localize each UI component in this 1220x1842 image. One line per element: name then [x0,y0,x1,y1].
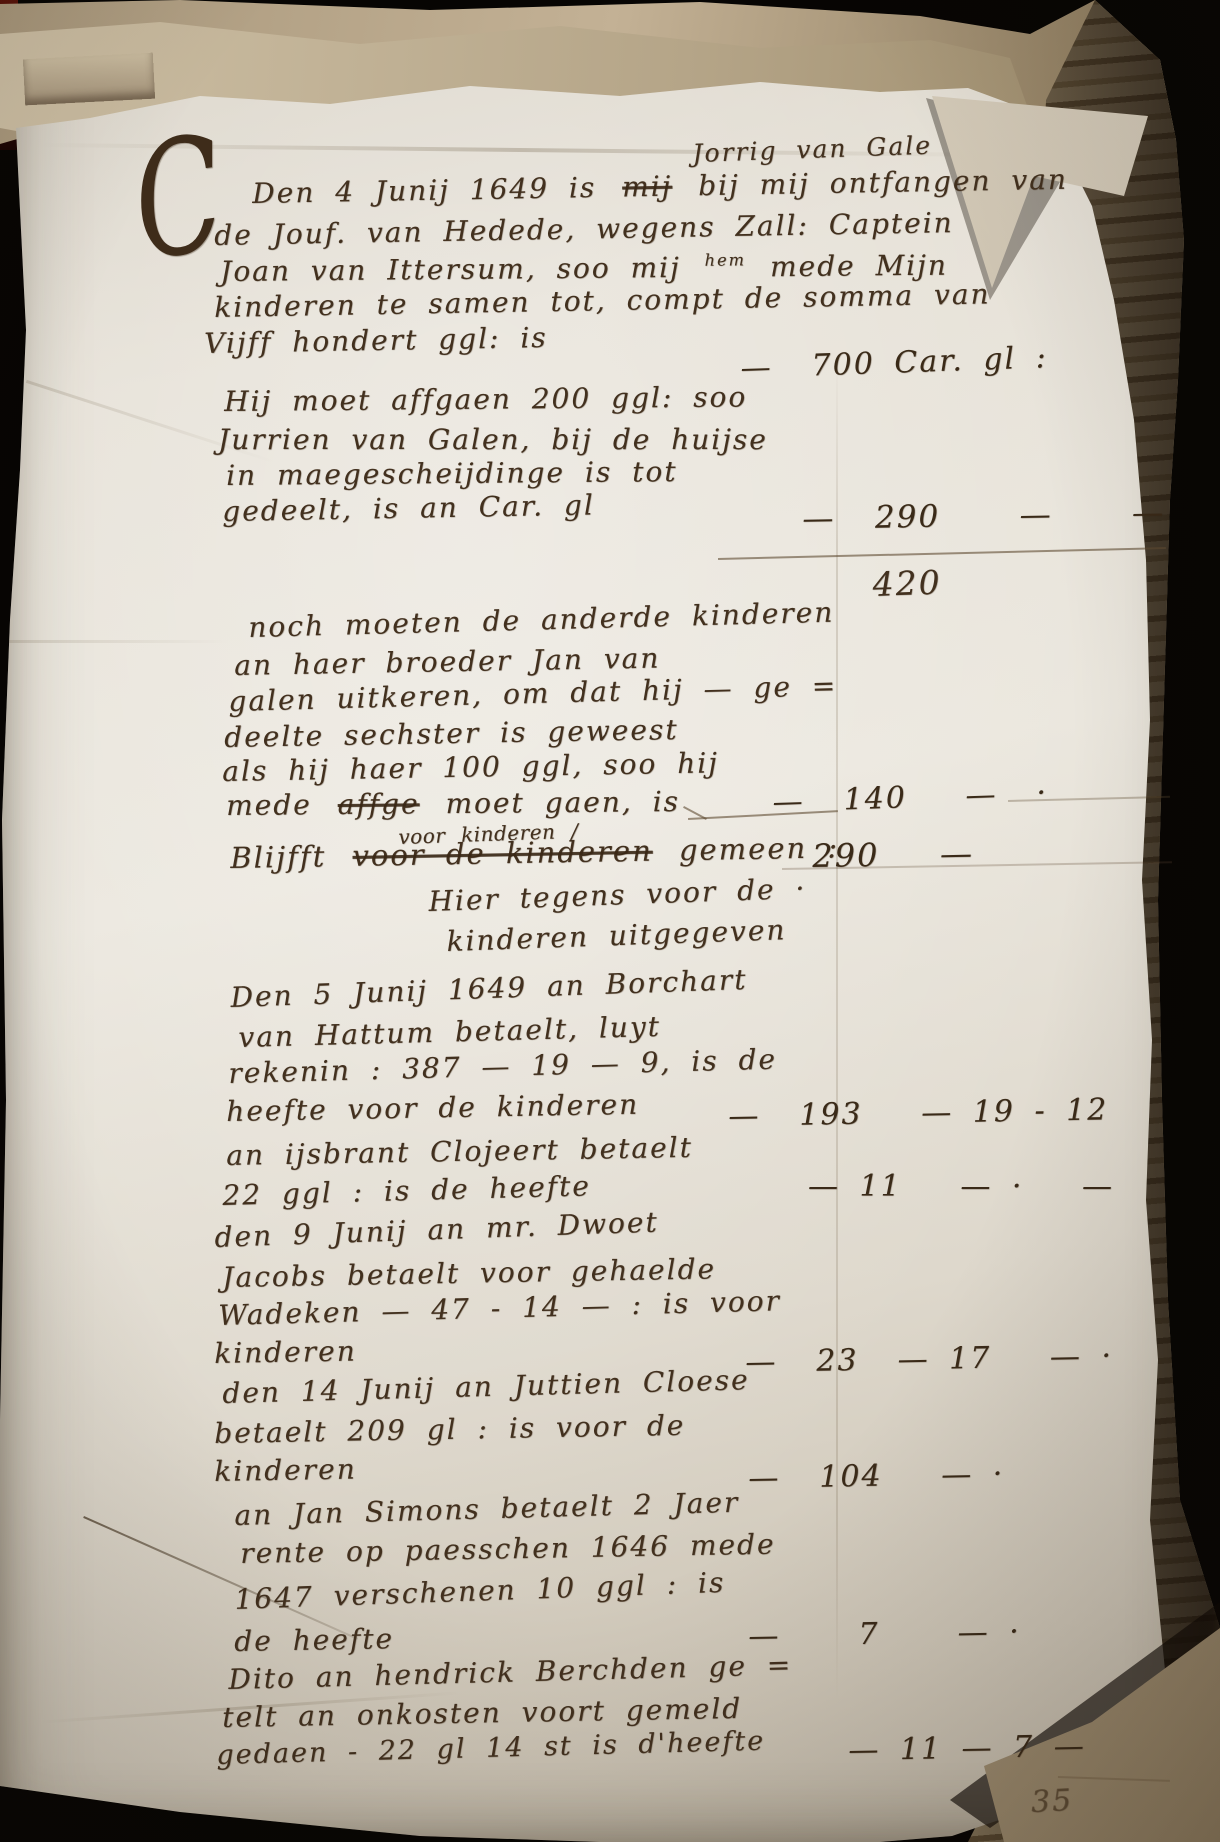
manuscript-line: Den 4 Junij 1649 is mij bij mij ontfange… [252,163,1088,210]
manuscript-line: Den 5 Junij 1649 an Borchart [230,964,748,1014]
amount-value: 290 — [812,835,974,875]
struck-word: affge [338,787,420,821]
manuscript-line: den 14 Junij an Juttien Cloese [222,1364,750,1410]
manuscript-line: als hij haer 100 ggl, soo hij [222,747,719,788]
line-fragment: moet gaen, is [445,785,680,820]
partial-number: 35 [1030,1784,1074,1821]
amount-value: — 23 — 17 — · [745,1340,1113,1381]
line-fragment: Joan van Ittersum, soo mij [220,251,681,288]
line-fragment: Blijfft [230,839,327,875]
manuscript-line: noch moeten de anderde kinderen [248,597,835,645]
section-heading: kinderen uitgegeven [446,914,787,958]
manuscript-line: an ijsbrant Clojeert betaelt [226,1132,693,1172]
manuscript-line: den 9 Junij an mr. Dwoet [214,1206,659,1254]
amount-value: — 193 — 19 - 12 [728,1093,1109,1134]
section-heading: Hier tegens voor de · [428,873,807,918]
line-fragment: bij mij ontfangen van [698,163,1068,202]
manuscript-line: de Jouf. van Hedede, wegens Zall: Captei… [214,207,954,252]
manuscript-line: gedeelt, is an Car. gl [222,489,595,528]
manuscript-line: 22 ggl : is de heefte [222,1170,591,1212]
manuscript-line: heefte voor de kinderen [226,1089,639,1128]
manuscript-line: mede affge moet gaen, is [226,786,700,822]
amount-value: — 140 — · [772,776,1049,820]
manuscript-line: an Jan Simons betaelt 2 Jaer [234,1487,740,1532]
struck-word: voor de kinderen [352,834,653,873]
manuscript-line: rente op paesschen 1646 mede [240,1529,776,1571]
struck-word: mij [622,170,673,204]
page-heading: Jorrig van Gale [692,132,933,169]
manuscript-line: in maegescheijdinge is tot [226,456,678,492]
amount-value: — 11 — · — [808,1170,1114,1205]
manuscript-line: kinderen [214,1336,357,1371]
amount-value: — 104 — · [748,1458,1005,1497]
manuscript-line: kinderen [214,1454,357,1489]
amount-value: — 11 — 7 — [848,1730,1086,1769]
amount-value: — 290 — — [802,496,1165,538]
manuscript-scan: C Jorrig van GaleDen 4 Junij 1649 is mij… [0,0,1220,1842]
manuscript-line: betaelt 209 gl : is voor de [214,1410,686,1450]
manuscript-line: Vijff hondert ggl: is [204,322,548,360]
sum-total: 420 [872,564,942,604]
manuscript-line: Jurrien van Galen, bij de huijse [218,424,768,456]
manuscript-line: 1647 verschenen 10 ggl : is [234,1567,726,1616]
handwritten-text-layer: Jorrig van GaleDen 4 Junij 1649 is mij b… [0,0,1220,1842]
manuscript-line: de heefte [234,1623,394,1658]
manuscript-line: Hij moet affgaen 200 ggl: soo [224,381,747,418]
line-fragment: hem [704,250,746,269]
amount-value: — 700 Car. gl : [740,341,1048,386]
manuscript-line: Blijfft voor de kinderen gemeen : [230,831,860,875]
line-fragment: Den 4 Junij 1649 is [252,171,597,210]
line-fragment: mede [226,788,312,822]
